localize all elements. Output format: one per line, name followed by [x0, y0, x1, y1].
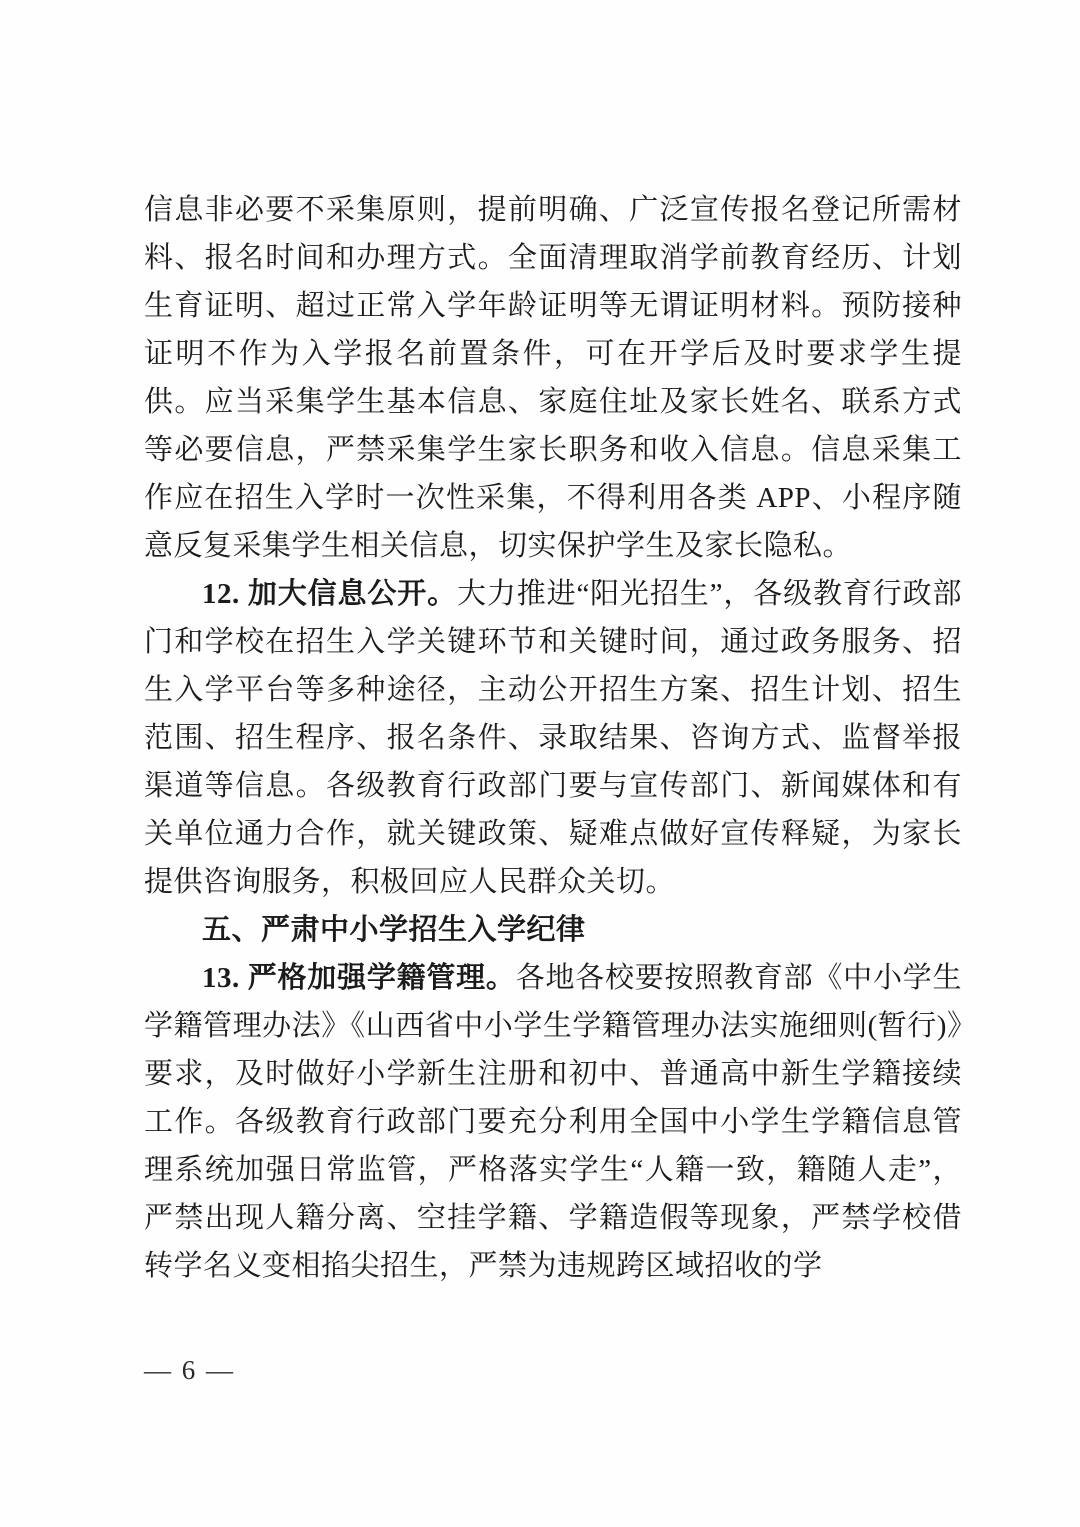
- paragraph-continuation: 信息非必要不采集原则，提前明确、广泛宣传报名登记所需材料、报名时间和办理方式。全…: [144, 186, 962, 570]
- paragraph-item-13-lead: 13. 严格加强学籍管理。: [202, 962, 516, 994]
- document-page: 信息非必要不采集原则，提前明确、广泛宣传报名登记所需材料、报名时间和办理方式。全…: [0, 0, 1080, 1527]
- paragraph-item-12-lead: 12. 加大信息公开。: [202, 578, 457, 610]
- page-number: — 6 —: [144, 1350, 235, 1390]
- section-heading-5: 五、严肃中小学招生入学纪律: [144, 906, 962, 954]
- paragraph-item-13: 13. 严格加强学籍管理。各地各校要按照教育部《中小学生学籍管理办法》《山西省中…: [144, 954, 962, 1290]
- paragraph-item-13-text: 各地各校要按照教育部《中小学生学籍管理办法》《山西省中小学生学籍管理办法实施细则…: [144, 962, 962, 1282]
- paragraph-item-12-text: 大力推进“阳光招生”，各级教育行政部门和学校在招生入学关键环节和关键时间，通过政…: [144, 578, 962, 898]
- document-body: 信息非必要不采集原则，提前明确、广泛宣传报名登记所需材料、报名时间和办理方式。全…: [144, 186, 962, 1290]
- paragraph-item-12: 12. 加大信息公开。大力推进“阳光招生”，各级教育行政部门和学校在招生入学关键…: [144, 570, 962, 906]
